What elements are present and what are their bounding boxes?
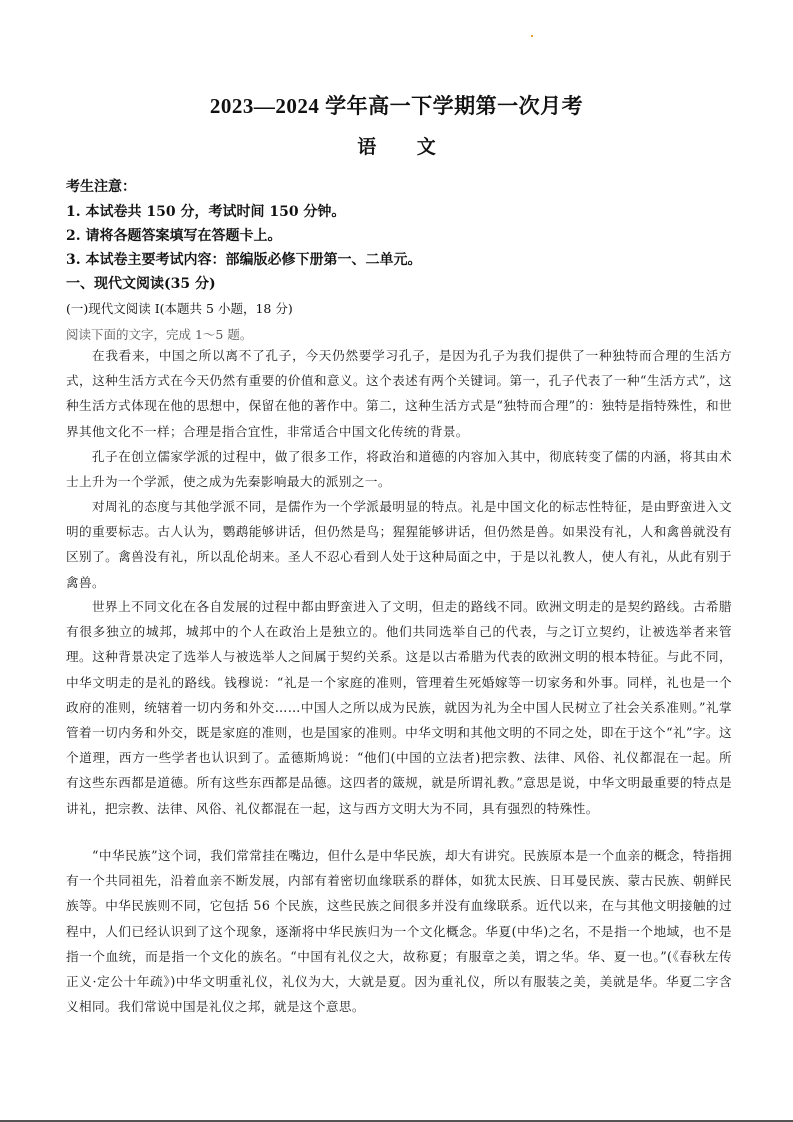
notice-heading: 考生注意： [66,176,136,196]
passage-paragraph-1: 在我看来，中国之所以离不了孔子，今天仍然要学习孔子，是因为孔子为我们提供了一种独… [66,343,732,444]
notice-item-2: 2. 请将各题答案填写在答题卡上。 [66,225,282,245]
subject-title: 语 文 [0,132,793,159]
reading-instruction: 阅读下面的文字，完成 1～5 题。 [66,325,252,343]
section-sub-title: (一)现代文阅读 I(本题共 5 小题，18 分) [66,299,293,317]
section-part-title: 一、现代文阅读(35 分) [66,273,216,293]
decorative-dot [531,35,533,37]
notice-item-3: 3. 本试卷主要考试内容：部编版必修下册第一、二单元。 [66,249,422,269]
passage-paragraph-5: “中华民族”这个词，我们常常挂在嘴边，但什么是中华民族，却大有讲究。民族原本是一… [66,843,732,1019]
notice-item-1: 1. 本试卷共 150 分，考试时间 150 分钟。 [66,201,345,221]
passage-paragraph-2: 孔子在创立儒家学派的过程中，做了很多工作，将政治和道德的内容加入其中，彻底转变了… [66,444,732,494]
exam-title: 2023—2024 学年高一下学期第一次月考 [0,90,793,120]
passage-paragraph-3: 对周礼的态度与其他学派不同，是儒作为一个学派最明显的特点。礼是中国文化的标志性特… [66,494,732,595]
passage-paragraph-4: 世界上不同文化在各自发展的过程中都由野蛮进入了文明，但走的路线不同。欧洲文明走的… [66,594,732,821]
exam-page: 2023—2024 学年高一下学期第一次月考 语 文 考生注意： 1. 本试卷共… [0,0,793,1122]
